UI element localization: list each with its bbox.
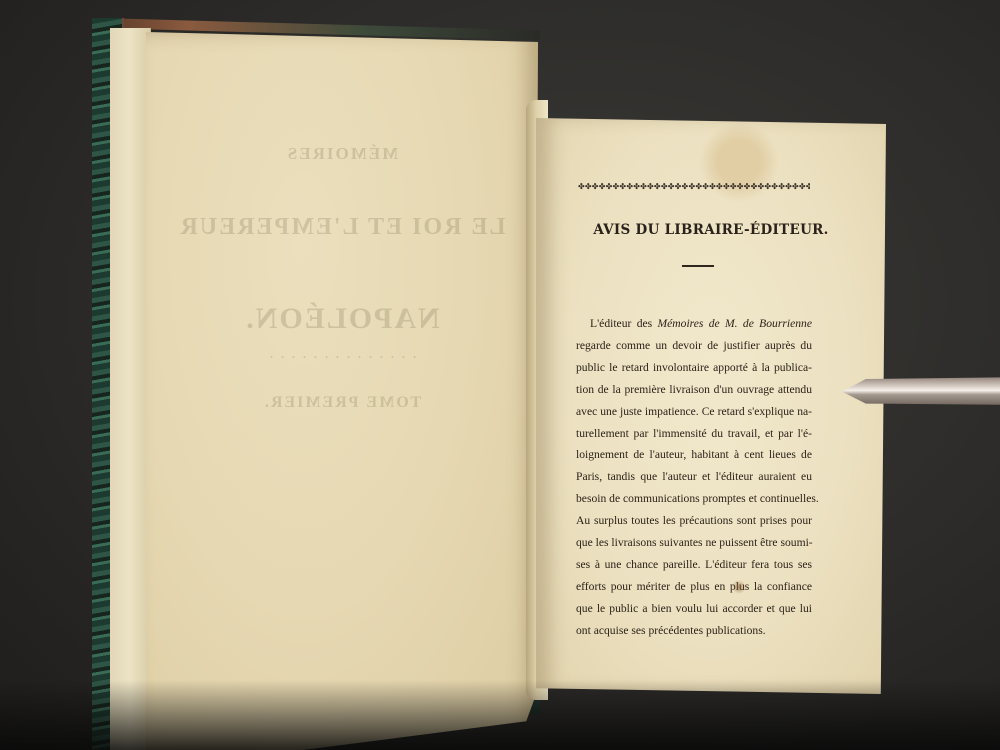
page-heading: AVIS DU LIBRAIRE-ÉDITEUR.	[536, 222, 886, 238]
flyleaf	[110, 28, 151, 750]
left-page: MÉMOIRES LE ROI ET L'EMPEREUR NAPOLÉON. …	[146, 32, 538, 750]
right-page: ✤✤✤✤✤✤✤✤✤✤✤✤✤✤✤✤✤✤✤✤✤✤✤✤✤✤✤✤✤✤✤✤✤✤✤ AVIS…	[536, 116, 886, 694]
body-line: que le public a bien voulu lui accorder …	[576, 598, 812, 620]
body-line: Paris, tandis que l'auteur et l'éditeur …	[576, 466, 812, 488]
body-line: loignement de l'auteur, habitant à cent …	[576, 444, 812, 466]
body-line: efforts pour mériter de plus en plus la …	[576, 576, 812, 598]
body-line: avec une juste impatience. Ce retard s'e…	[576, 401, 812, 423]
showthrough-title-line: TOME PREMIER.	[146, 394, 538, 412]
body-line: ont acquise ses précédentes publications…	[576, 620, 812, 642]
body-line: public le retard involontaire apporté à …	[576, 357, 812, 379]
heading-rule	[682, 265, 714, 267]
bottom-shadow	[0, 680, 1000, 750]
body-line: Au surplus toutes les précautions sont p…	[576, 510, 812, 532]
showthrough-title-line: MÉMOIRES	[146, 144, 538, 164]
showthrough-title-line: NAPOLÉON.	[146, 302, 538, 336]
showthrough-title-line: LE ROI ET L'EMPEREUR	[146, 214, 538, 241]
foxing-stain	[732, 580, 746, 594]
body-line: regarde comme un devoir de justifier aup…	[576, 335, 812, 357]
body-line: ses à une chance pareille. L'éditeur fer…	[576, 554, 812, 576]
body-line: besoin de communications promptes et con…	[576, 488, 812, 510]
italic-title: Mémoires de M. de Bourrienne	[657, 317, 812, 330]
body-line: que les livraisons suivantes ne puissent…	[576, 532, 812, 554]
ornamental-border: ✤✤✤✤✤✤✤✤✤✤✤✤✤✤✤✤✤✤✤✤✤✤✤✤✤✤✤✤✤✤✤✤✤✤✤	[578, 182, 810, 192]
showthrough-title-line: · · · · · · · · · · · · · ·	[146, 350, 538, 365]
body-line: L'éditeur des Mémoires de M. de Bourrien…	[576, 313, 812, 335]
body-line: tion de la première livraison d'un ouvra…	[576, 379, 812, 401]
body-line: turellement par l'immensité du travail, …	[576, 423, 812, 445]
metal-pointer	[842, 376, 1000, 406]
notice-body: L'éditeur des Mémoires de M. de Bourrien…	[576, 313, 812, 642]
